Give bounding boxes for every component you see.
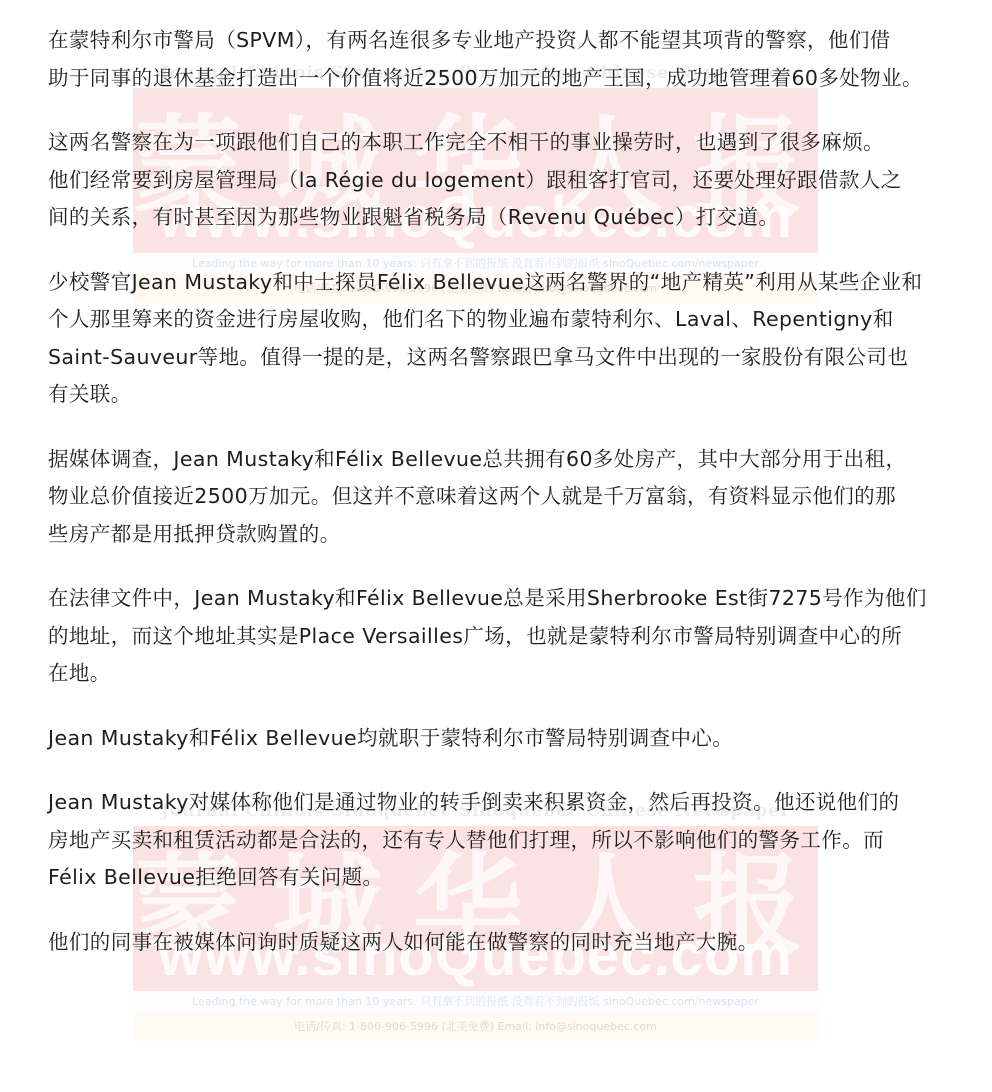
text-line: 在蒙特利尔市警局（SPVM），有两名连很多专业地产投资人都不能望其项背的警察，他… bbox=[48, 28, 891, 52]
text-line: Saint-Sauveur等地。值得一提的是，这两名警察跟巴拿马文件中出现的一家… bbox=[48, 345, 908, 369]
text-line: 他们经常要到房屋管理局（la Régie du logement）跟租客打官司，… bbox=[48, 168, 902, 192]
paragraph: 在蒙特利尔市警局（SPVM），有两名连很多专业地产投资人都不能望其项背的警察，他… bbox=[48, 22, 948, 97]
text-line: 有关联。 bbox=[48, 382, 132, 406]
text-line: 的地址，而这个地址其实是Place Versailles广场，也就是蒙特利尔市警… bbox=[48, 624, 902, 648]
text-line: 房地产买卖和租赁活动都是合法的，还有专人替他们打理，所以不影响他们的警务工作。而 bbox=[48, 828, 884, 852]
paragraph: 这两名警察在为一项跟他们自己的本职工作完全不相干的事业操劳时，也遇到了很多麻烦。… bbox=[48, 124, 948, 237]
text-line: 他们的同事在被媒体问询时质疑这两人如何能在做警察的同时充当地产大腕。 bbox=[48, 930, 759, 954]
text-line: 在法律文件中，Jean Mustaky和Félix Bellevue总是采用Sh… bbox=[48, 586, 927, 610]
paragraph: Jean Mustaky和Félix Bellevue均就职于蒙特利尔市警局特别… bbox=[48, 720, 948, 758]
text-line: 物业总价值接近2500万加元。但这并不意味着这两个人就是千万富翁，有资料显示他们… bbox=[48, 484, 896, 508]
text-line: Jean Mustaky和Félix Bellevue均就职于蒙特利尔市警局特别… bbox=[48, 726, 733, 750]
text-line: 这两名警察在为一项跟他们自己的本职工作完全不相干的事业操劳时，也遇到了很多麻烦。 bbox=[48, 130, 884, 154]
paragraph: 他们的同事在被媒体问询时质疑这两人如何能在做警察的同时充当地产大腕。 bbox=[48, 924, 948, 962]
text-line: Jean Mustaky对媒体称他们是通过物业的转手倒卖来积累资金，然后再投资。… bbox=[48, 790, 899, 814]
article-body: 在蒙特利尔市警局（SPVM），有两名连很多专业地产投资人都不能望其项背的警察，他… bbox=[48, 22, 948, 988]
text-line: 些房产都是用抵押贷款购置的。 bbox=[48, 522, 341, 546]
paragraph: 据媒体调查，Jean Mustaky和Félix Bellevue总共拥有60多… bbox=[48, 441, 948, 554]
text-line: 个人那里筹来的资金进行房屋收购，他们名下的物业遍布蒙特利尔、Laval、Repe… bbox=[48, 307, 894, 331]
text-line: 间的关系，有时甚至因为那些物业跟魁省税务局（Revenu Québec）打交道。 bbox=[48, 205, 779, 229]
paragraph: 少校警官Jean Mustaky和中士探员Félix Bellevue这两名警界… bbox=[48, 264, 948, 414]
paragraph: Jean Mustaky对媒体称他们是通过物业的转手倒卖来积累资金，然后再投资。… bbox=[48, 784, 948, 897]
text-line: 助于同事的退休基金打造出一个价值将近2500万加元的地产王国，成功地管理着60多… bbox=[48, 66, 923, 90]
text-line: 少校警官Jean Mustaky和中士探员Félix Bellevue这两名警界… bbox=[48, 270, 922, 294]
text-line: 在地。 bbox=[48, 661, 111, 685]
paragraph: 在法律文件中，Jean Mustaky和Félix Bellevue总是采用Sh… bbox=[48, 580, 948, 693]
text-line: Félix Bellevue拒绝回答有关问题。 bbox=[48, 865, 383, 889]
text-line: 据媒体调查，Jean Mustaky和Félix Bellevue总共拥有60多… bbox=[48, 447, 906, 471]
watermark-contact: 电话/传真: 1-800-906-5996 (北美免费) Email: info… bbox=[133, 1013, 818, 1041]
watermark-tagline: Leading the way for more than 10 years. … bbox=[133, 991, 818, 1013]
